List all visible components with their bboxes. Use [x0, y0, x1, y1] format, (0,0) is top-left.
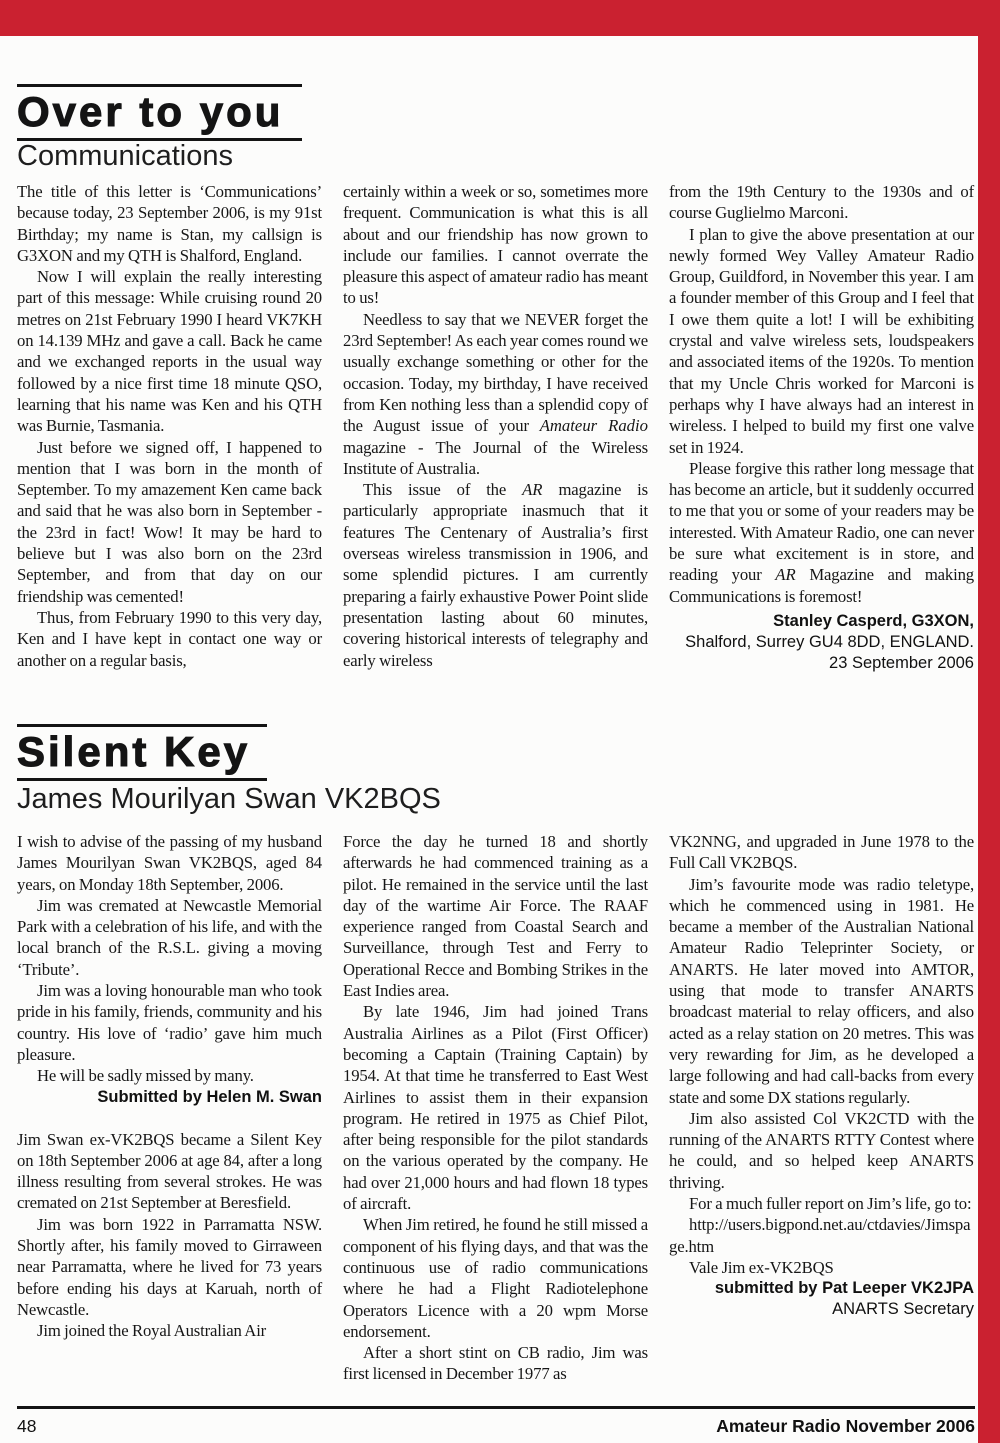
paragraph: Please forgive this rather long message …: [669, 458, 974, 607]
heading-rule-top: [17, 724, 267, 727]
page-footer: 48 Amateur Radio November 2006: [17, 1406, 975, 1437]
issue-label: Amateur Radio November 2006: [716, 1416, 975, 1437]
text-column-2: Force the day he turned 18 and shortly a…: [343, 831, 648, 1385]
paragraph: By late 1946, Jim had joined Trans Austr…: [343, 1001, 648, 1214]
byline: Shalford, Surrey GU4 8DD, ENGLAND.: [669, 632, 974, 653]
text-column-1: The title of this letter is ‘Communicati…: [17, 181, 322, 674]
paragraph: After a short stint on CB radio, Jim was…: [343, 1342, 648, 1385]
paragraph: Vale Jim ex-VK2BQS: [669, 1257, 974, 1278]
red-trim-top-band: [0, 0, 1000, 36]
paragraph: Jim was born 1922 in Parramatta NSW. Sho…: [17, 1214, 322, 1320]
red-trim-right-band: [978, 0, 1000, 1443]
paragraph: When Jim retired, he found he still miss…: [343, 1214, 648, 1342]
paragraph: The title of this letter is ‘Communicati…: [17, 181, 322, 266]
paragraph: Thus, from February 1990 to this very da…: [17, 607, 322, 671]
over-to-you-columns: The title of this letter is ‘Communicati…: [17, 181, 974, 674]
byline: Submitted by Helen M. Swan: [17, 1087, 322, 1108]
paragraph: He will be sadly missed by many.: [17, 1065, 322, 1086]
paragraph: from the 19th Century to the 1930s and o…: [669, 181, 974, 224]
paragraph: I plan to give the above presentation at…: [669, 224, 974, 458]
text-column-1: I wish to advise of the passing of my hu…: [17, 831, 322, 1385]
heading-rule-bottom: [17, 778, 267, 781]
byline: 23 September 2006: [669, 653, 974, 674]
paragraph: http://users.bigpond.net.au/ctdavies/Jim…: [669, 1214, 974, 1257]
paragraph: Jim Swan ex-VK2BQS became a Silent Key o…: [17, 1129, 322, 1214]
paragraph: Jim was cremated at Newcastle Memorial P…: [17, 895, 322, 980]
paragraph: I wish to advise of the passing of my hu…: [17, 831, 322, 895]
paragraph: Jim’s favourite mode was radio teletype,…: [669, 874, 974, 1108]
article-title-communications: Communications: [17, 140, 233, 173]
paragraph: Needless to say that we NEVER forget the…: [343, 309, 648, 479]
paragraph: This issue of the AR magazine is particu…: [343, 479, 648, 671]
heading-rule-top: [17, 84, 302, 87]
silent-key-columns: I wish to advise of the passing of my hu…: [17, 831, 974, 1385]
paragraph: Just before we signed off, I happened to…: [17, 437, 322, 607]
byline: ANARTS Secretary: [669, 1299, 974, 1320]
page-number: 48: [17, 1416, 36, 1437]
byline: submitted by Pat Leeper VK2JPA: [669, 1278, 974, 1299]
paragraph: For a much fuller report on Jim’s life, …: [669, 1193, 974, 1214]
section-title-silent-key: Silent Key: [17, 731, 267, 773]
section-silent-key-heading: Silent Key: [17, 724, 267, 781]
text-column-2: certainly within a week or so, sometimes…: [343, 181, 648, 674]
text-column-3: from the 19th Century to the 1930s and o…: [669, 181, 974, 674]
section-over-to-you-heading: Over to you: [17, 84, 302, 141]
text-column-3: VK2NNG, and upgraded in June 1978 to the…: [669, 831, 974, 1385]
paragraph: Jim joined the Royal Australian Air: [17, 1320, 322, 1341]
byline: Stanley Casperd, G3XON,: [669, 611, 974, 632]
paragraph: Jim also assisted Col VK2CTD with the ru…: [669, 1108, 974, 1193]
magazine-page: { "colors": { "accent_red": "#ca2130", "…: [0, 0, 1000, 1443]
article-title-james-swan: James Mourilyan Swan VK2BQS: [17, 783, 441, 816]
paragraph: Force the day he turned 18 and shortly a…: [343, 831, 648, 1001]
paragraph: VK2NNG, and upgraded in June 1978 to the…: [669, 831, 974, 874]
paragraph: certainly within a week or so, sometimes…: [343, 181, 648, 309]
paragraph: Now I will explain the really interestin…: [17, 266, 322, 436]
section-title-over-to-you: Over to you: [17, 91, 302, 133]
paragraph: Jim was a loving honourable man who took…: [17, 980, 322, 1065]
